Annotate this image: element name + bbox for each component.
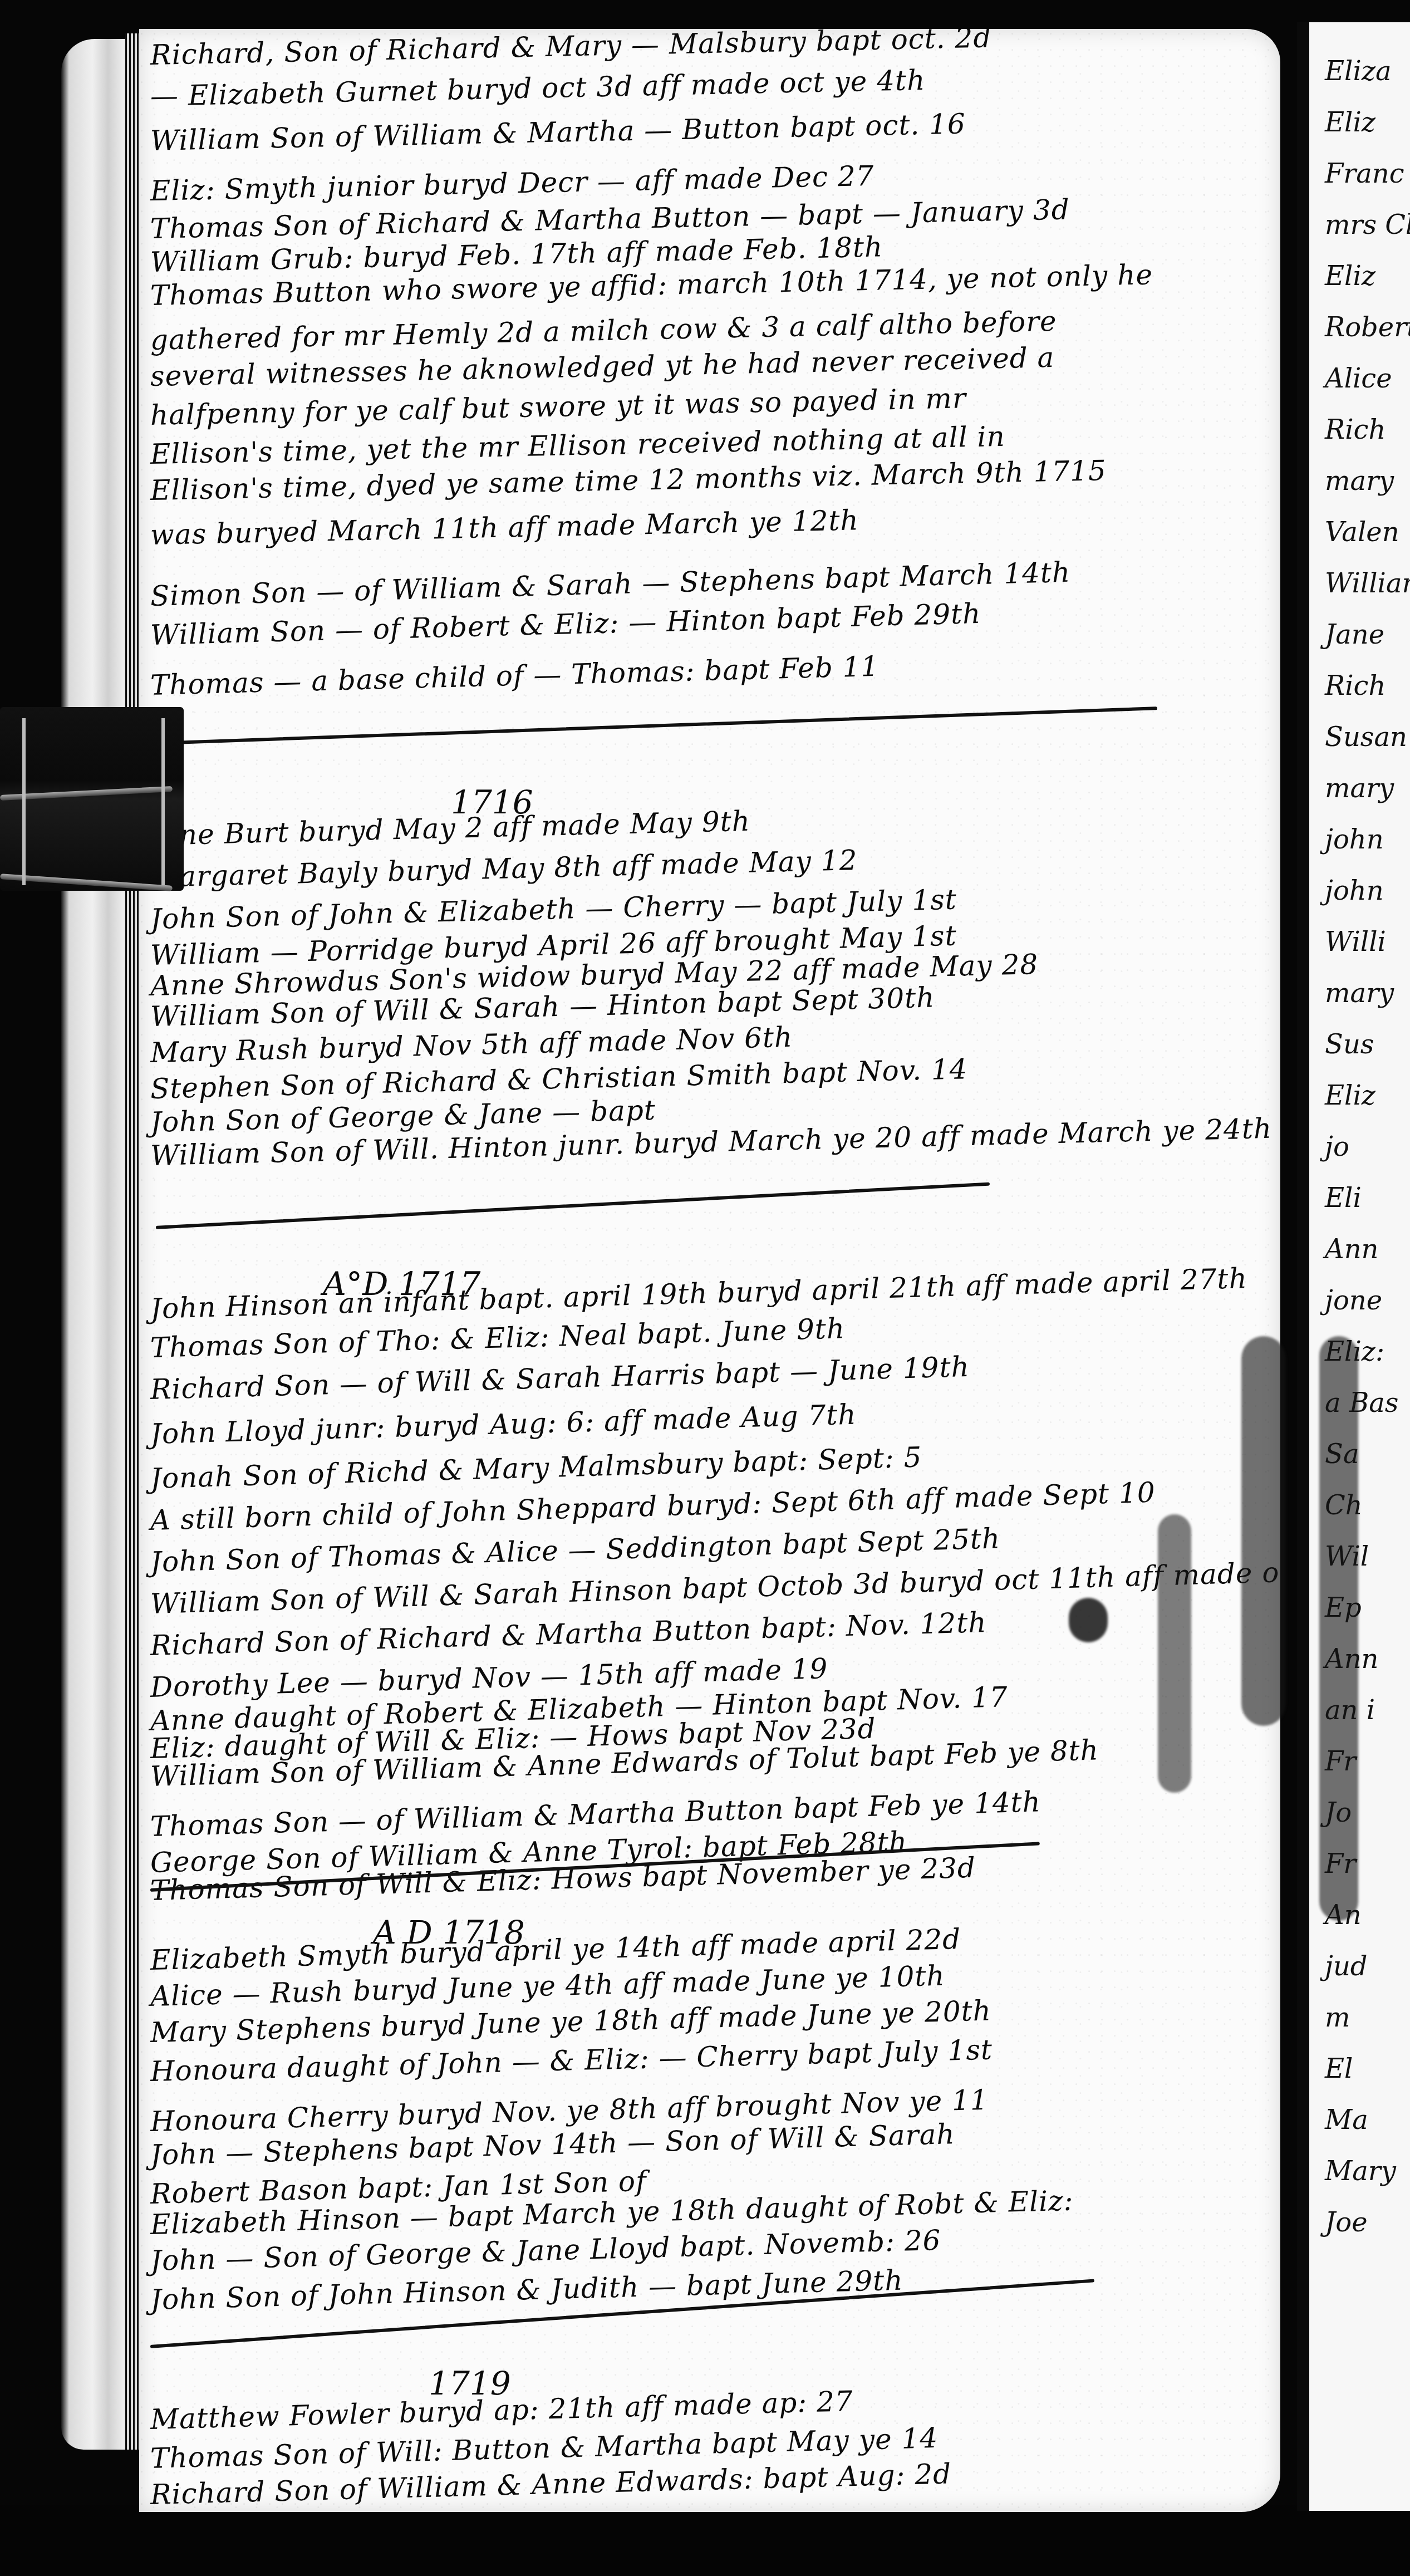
adjacent-page-fragment: Susan	[1325, 722, 1407, 753]
adjacent-page-fragment: Ma	[1325, 2104, 1368, 2136]
adjacent-page-fragment: Rich	[1325, 670, 1386, 701]
adjacent-page-fragment: mrs Cl	[1325, 209, 1410, 241]
adjacent-page-fragment: Franc	[1325, 158, 1404, 189]
adjacent-page-fragment: Jane	[1325, 619, 1384, 650]
adjacent-page-fragment: Ann	[1325, 1234, 1379, 1265]
adjacent-page: ElizaElizFrancmrs ClElizRobertAliceRichm…	[1297, 22, 1410, 2511]
ink-stain	[1319, 1336, 1358, 1921]
adjacent-page-fragment: Eli	[1325, 1182, 1362, 1214]
clip-edge	[161, 718, 165, 885]
adjacent-page-fragment: jud	[1325, 1951, 1368, 1982]
ink-blot	[1069, 1598, 1108, 1642]
adjacent-page-fragment: mary	[1325, 773, 1394, 804]
register-entry: John Lloyd junr: buryd Aug: 6: aff made …	[150, 1399, 857, 1450]
adjacent-page-fragment: Eliza	[1325, 56, 1392, 87]
adjacent-page-fragment: Alice	[1325, 363, 1392, 394]
section-divider	[156, 1182, 990, 1229]
register-entry: was buryed March 11th aff made March ye …	[150, 504, 859, 551]
adjacent-page-fragment: Eliz	[1325, 261, 1375, 292]
binder-clip-icon	[0, 707, 184, 891]
adjacent-page-fragment: Eliz	[1325, 1080, 1375, 1111]
ink-stain	[1241, 1336, 1286, 1726]
adjacent-page-fragment: Eliz	[1325, 107, 1375, 138]
register-entry: — Elizabeth Gurnet buryd oct 3d aff made…	[150, 64, 925, 112]
adjacent-page-fragment: Joe	[1325, 2207, 1368, 2238]
adjacent-page-fragment: mary	[1325, 465, 1394, 497]
register-entry: Jane Burt buryd May 2 aff made May 9th	[150, 805, 750, 852]
dark-background-bottom	[0, 2505, 1410, 2576]
register-entry: John Hinson an infant bapt. april 19th b…	[150, 1262, 1247, 1325]
adjacent-page-fragment: Valen	[1325, 517, 1399, 548]
section-divider	[156, 706, 1157, 745]
clip-wire	[0, 786, 173, 801]
adjacent-page-fragment: jo	[1325, 1131, 1349, 1162]
register-page: Richard, Son of Richard & Mary — Malsbur…	[139, 29, 1280, 2512]
adjacent-page-fragment: Willi	[1325, 926, 1386, 958]
adjacent-page-fragment: mary	[1325, 978, 1394, 1009]
adjacent-page-fragment: john	[1325, 824, 1384, 855]
clip-wire	[0, 874, 173, 891]
clip-edge	[22, 718, 26, 885]
adjacent-page-fragment: john	[1325, 875, 1384, 906]
adjacent-page-fragment: Robert	[1325, 312, 1410, 343]
adjacent-page-fragment: Mary	[1325, 2156, 1396, 2187]
adjacent-page-fragment: William	[1325, 568, 1410, 599]
adjacent-page-fragment: jone	[1325, 1285, 1382, 1316]
adjacent-page-fragment: El	[1325, 2053, 1353, 2084]
register-entry: Margaret Bayly buryd May 8th aff made Ma…	[150, 844, 858, 894]
ink-stain	[1158, 1514, 1191, 1793]
register-entry: William Son of William & Martha — Button…	[150, 107, 966, 157]
adjacent-page-fragment: m	[1325, 2002, 1350, 2033]
adjacent-page-fragment: Rich	[1325, 414, 1386, 445]
adjacent-page-fragment: Sus	[1325, 1029, 1374, 1060]
register-entry: Thomas — a base child of — Thomas: bapt …	[150, 650, 880, 701]
